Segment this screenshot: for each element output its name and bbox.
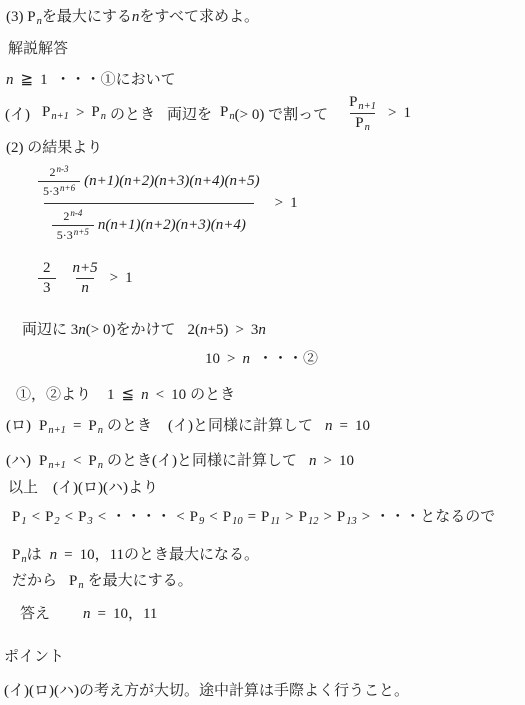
gt-operator: > bbox=[220, 351, 242, 367]
lt-operator: < bbox=[27, 509, 45, 525]
ratio-inequality-line: 2n-3 5·3n+6 (n+1)(n+2)(n+3)(n+4)(n+5) 2n… bbox=[30, 160, 298, 247]
case-i-toki: のとき bbox=[110, 103, 155, 124]
p-term-1: P1 bbox=[12, 509, 27, 527]
sequence-tail: となるので bbox=[420, 509, 495, 525]
multiply-lead: 両辺に bbox=[22, 322, 71, 338]
conclusion-tail: を最大にする。 bbox=[88, 573, 193, 589]
n-ratio-fraction: n+5 n bbox=[68, 259, 103, 298]
sequence-line: P1<P2<P3<・・・・<P9<P10=P11>P12>P13>・・・となるの… bbox=[12, 505, 495, 527]
gt-operator: > bbox=[69, 105, 91, 122]
lt-operator: < bbox=[204, 509, 222, 525]
p-term-n: Pn bbox=[91, 104, 106, 122]
value-ten: 10 bbox=[339, 453, 354, 469]
answer-line: 答えn=10，11 bbox=[20, 602, 157, 623]
lt-operator: < bbox=[66, 453, 88, 469]
eq-operator: = bbox=[66, 418, 88, 434]
p-term-2: P2 bbox=[45, 509, 60, 527]
var-n: n bbox=[242, 351, 250, 367]
result-reference-line: (2) の結果より bbox=[6, 136, 102, 157]
ellipsis-dots: ・・・・ bbox=[111, 509, 171, 525]
p-term-10: P10 bbox=[223, 509, 243, 527]
p-term-n: Pn bbox=[220, 104, 235, 122]
condition-ref: ・・・①において bbox=[56, 72, 176, 88]
conclusion-line: だからPnを最大にする。 bbox=[12, 569, 193, 591]
problem-text-tail: をすべて求めよ。 bbox=[139, 9, 259, 25]
coeff-den: 5·3n+6 bbox=[38, 181, 80, 200]
point-heading: ポイント bbox=[4, 645, 64, 666]
fraction-denominator: Pn bbox=[350, 113, 375, 134]
p-term-n: Pn bbox=[12, 547, 27, 565]
p-term-12: P12 bbox=[299, 509, 319, 527]
eq-operator: = bbox=[243, 509, 261, 525]
gt-operator: > bbox=[357, 509, 375, 525]
case-ro-line: (ロ)Pn+1=Pnのとき(イ)と同様に計算してn=10 bbox=[6, 414, 370, 436]
eq-operator: = bbox=[91, 606, 113, 622]
p-term-n: Pn bbox=[88, 418, 103, 436]
problem-statement: (3) Pnを最大にするnをすべて求めよ。 bbox=[6, 5, 259, 27]
p-term-n1: Pn+1 bbox=[39, 418, 66, 436]
value-ten: 10 bbox=[171, 387, 186, 403]
value-one: 1 bbox=[290, 195, 298, 212]
p-term-9: P9 bbox=[190, 509, 205, 527]
p-term-3: P3 bbox=[78, 509, 93, 527]
coeff-exponent: n+6 bbox=[60, 183, 75, 193]
lt-operator: < bbox=[60, 509, 78, 525]
max-statement-line: Pnはn=10，11のとき最大になる。 bbox=[12, 543, 259, 565]
coeff-exponent: n-3 bbox=[57, 164, 69, 174]
var-n: n bbox=[325, 418, 333, 434]
var-n: n bbox=[141, 387, 149, 403]
value-one: 1 bbox=[403, 105, 411, 122]
lt-operator: < bbox=[93, 509, 111, 525]
p-term-11: P11 bbox=[261, 509, 280, 527]
leq-operator: ≦ bbox=[115, 387, 142, 403]
big-fraction-numerator: 2n-3 5·3n+6 (n+1)(n+2)(n+3)(n+4)(n+5) bbox=[30, 160, 268, 203]
gt-operator: > bbox=[381, 105, 403, 122]
lt-operator: < bbox=[171, 509, 189, 525]
max-wa: は bbox=[27, 547, 42, 563]
var-n: n bbox=[50, 547, 58, 563]
problem-text: を最大にする bbox=[42, 9, 132, 25]
range-tail: のとき bbox=[190, 387, 235, 403]
coeff-num: 2n-4 bbox=[58, 207, 87, 225]
gt-operator: > bbox=[280, 509, 298, 525]
ellipsis-dots: ・・・ bbox=[375, 509, 420, 525]
p-term-n1: Pn+1 bbox=[42, 104, 69, 122]
value-ten: 10 bbox=[355, 418, 370, 434]
case-ha-label: (ハ) bbox=[6, 453, 31, 469]
value-one: 1 bbox=[40, 72, 48, 88]
var-n: n bbox=[78, 322, 86, 338]
var-n: n bbox=[83, 606, 91, 622]
p-term-n: Pn bbox=[88, 453, 103, 471]
value-one: 1 bbox=[107, 387, 115, 403]
case-ro-label: (ロ) bbox=[6, 418, 31, 434]
answer-label: 答え bbox=[20, 606, 50, 622]
p-term-n: Pn bbox=[69, 573, 84, 591]
max-tail: 10，11のとき最大になる。 bbox=[80, 547, 259, 563]
numerator-coefficient-fraction: 2n-3 5·3n+6 bbox=[38, 163, 80, 200]
coeff-exponent: n-4 bbox=[70, 208, 82, 218]
summary-line: 以上 (イ)(ロ)(ハ)より bbox=[8, 476, 158, 497]
multiply-kakete: (> 0)をかけて bbox=[86, 322, 176, 338]
inequality-2-line: 10>n・・・② bbox=[205, 347, 318, 368]
range-line: ①，②より1≦n<10のとき bbox=[16, 383, 235, 404]
case-ro-toki: のとき bbox=[107, 418, 152, 434]
gt-operator: > bbox=[103, 270, 125, 287]
case-i-ryohen: 両辺を bbox=[167, 103, 212, 124]
answer-value: 10，11 bbox=[113, 606, 157, 622]
denominator-coefficient-fraction: 2n-4 5·3n+5 bbox=[52, 207, 94, 244]
simplified-fraction-line: 2 3 n+5 n > 1 bbox=[38, 259, 133, 298]
case-ha-line: (ハ)Pn+1<Pnのとき(イ)と同様に計算してn>10 bbox=[6, 449, 354, 471]
pn-ratio-fraction: Pn+1 Pn bbox=[344, 93, 381, 134]
var-n: n bbox=[309, 453, 317, 469]
var-n: n bbox=[258, 322, 266, 338]
multiply-line: 両辺に 3n(> 0)をかけて2(n+5)>3n bbox=[22, 318, 266, 339]
eq-operator: = bbox=[333, 418, 355, 434]
gt-operator: > bbox=[268, 195, 290, 212]
condition-line: n≧1・・・①において bbox=[6, 68, 176, 89]
case-ro-keisan: (イ)と同様に計算して bbox=[168, 418, 313, 434]
range-lead: ①，②より bbox=[16, 387, 91, 403]
fraction-numerator: Pn+1 bbox=[344, 93, 381, 113]
gt-operator: > bbox=[318, 509, 336, 525]
case-i-label: (イ) bbox=[5, 103, 30, 124]
eq-operator: = bbox=[57, 547, 79, 563]
p-term-n1: Pn+1 bbox=[39, 453, 66, 471]
case-i-divide-text: (> 0) で割って bbox=[235, 103, 328, 124]
math-solution-document: (3) Pnを最大にするnをすべて求めよ。 解説解答 n≧1・・・①において (… bbox=[0, 0, 525, 705]
ratio-big-fraction: 2n-3 5·3n+6 (n+1)(n+2)(n+3)(n+4)(n+5) 2n… bbox=[30, 160, 268, 247]
coeff-den: 5·3n+5 bbox=[52, 225, 94, 244]
numerator-product: (n+1)(n+2)(n+3)(n+4)(n+5) bbox=[84, 173, 260, 190]
value-one: 1 bbox=[125, 270, 133, 287]
case-i-line: (イ) Pn+1 > Pn のとき 両辺を Pn (> 0) で割って Pn+1… bbox=[5, 90, 411, 136]
denominator-product: n(n+1)(n+2)(n+3)(n+4) bbox=[98, 217, 246, 234]
gt-operator: > bbox=[228, 322, 250, 338]
circled-2-ref: ・・・② bbox=[258, 351, 318, 367]
var-n: n bbox=[6, 72, 14, 88]
conclusion-lead: だから bbox=[12, 573, 57, 589]
solution-heading: 解説解答 bbox=[8, 37, 68, 58]
coeff-exponent: n+5 bbox=[74, 227, 89, 237]
p-term: Pn bbox=[27, 9, 42, 27]
two-thirds-fraction: 2 3 bbox=[38, 259, 56, 298]
case-ha-text: のとき(イ)と同様に計算して bbox=[107, 453, 297, 469]
p-term-13: P13 bbox=[337, 509, 357, 527]
lt-operator: < bbox=[149, 387, 171, 403]
point-body: (イ)(ロ)(ハ)の考え方が大切。途中計算は手際よく行うこと。 bbox=[4, 679, 409, 700]
coeff-num: 2n-3 bbox=[45, 163, 74, 181]
problem-number: (3) bbox=[6, 9, 27, 25]
gt-operator: > bbox=[317, 453, 339, 469]
value-ten: 10 bbox=[205, 351, 220, 367]
big-fraction-denominator: 2n-4 5·3n+5 n(n+1)(n+2)(n+3)(n+4) bbox=[44, 203, 254, 247]
geq-operator: ≧ bbox=[14, 72, 41, 88]
